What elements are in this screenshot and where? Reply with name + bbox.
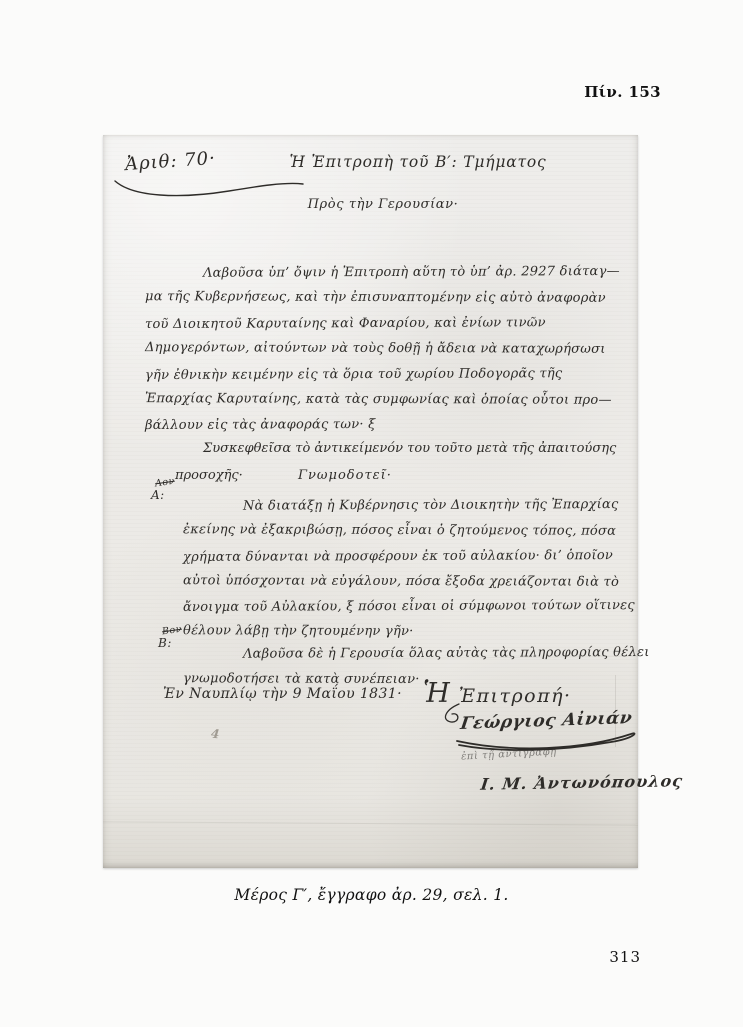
item-a-paragraph: Νὰ διατάξῃ ἡ Κυβέρνησις τὸν Διοικητὴν τῆ… bbox=[183, 493, 633, 645]
manuscript-line: Λαβοῦσα δὲ ἡ Γερουσία ὅλας αὐτὰς τὰς πλη… bbox=[183, 640, 633, 668]
item-b-label: Β: bbox=[158, 636, 172, 650]
figure-caption: Μέρος Γ′, ἔγγραφο ἀρ. 29, σελ. 1. bbox=[0, 886, 743, 904]
dateline: Ἐν Ναυπλίῳ τὴν 9 Μαΐου 1831· bbox=[163, 686, 402, 702]
signature-secretary: Ι. Μ. Ἀντωνόπουλος bbox=[480, 771, 685, 794]
item-a-label: Α: bbox=[151, 488, 165, 502]
committee-signoff-text: Ἐπιτροπή· bbox=[451, 685, 571, 707]
manuscript-line: ἐκείνης νὰ ἐξακριβώσῃ, πόσος εἶναι ὁ ζητ… bbox=[183, 518, 633, 545]
paper-crease bbox=[103, 821, 638, 825]
page-number: 313 bbox=[609, 948, 641, 966]
manuscript-line: Λαβοῦσα ὑπ’ ὄψιν ἡ Ἐπιτροπὴ αὕτη τὸ ὑπ’ … bbox=[145, 259, 623, 286]
manuscript-line: μα τῆς Κυβερνήσεως, καὶ τὴν ἐπισυναπτομέ… bbox=[145, 285, 623, 312]
verdict-label: Γνωμοδοτεῖ· bbox=[298, 468, 392, 483]
manuscript-line: ἄνοιγμα τοῦ Αὐλακίου, ξ πόσοι εἶναι οἱ σ… bbox=[183, 593, 633, 620]
manuscript-photo: Ἀριθ: 70· Ἡ Ἐπιτροπὴ τοῦ Β′: Τμήματος Πρ… bbox=[103, 135, 638, 868]
manuscript-line: γῆν ἐθνικὴν κειμένην εἰς τὰ ὅρια τοῦ χωρ… bbox=[145, 361, 623, 388]
opening-paragraph: Λαβοῦσα ὑπ’ ὄψιν ἡ Ἐπιτροπὴ αὕτη τὸ ὑπ’ … bbox=[145, 260, 623, 438]
deliberation-line: προσοχῆς· bbox=[175, 468, 243, 483]
manuscript-line: Δημογερόντων, αἰτούντων νὰ τοὺς δοθῇ ἡ ἄ… bbox=[145, 335, 623, 362]
pencil-annotation: 4 bbox=[210, 727, 220, 742]
manuscript-line: τοῦ Διοικητοῦ Καρυταίνης καὶ Φαναρίου, κ… bbox=[145, 310, 623, 337]
document-addressee: Πρὸς τὴν Γερουσίαν· bbox=[253, 197, 513, 212]
manuscript-line: αὐτοὶ ὑπόσχονται νὰ εὐγάλουν, πόσα ἔξοδα… bbox=[183, 568, 633, 595]
plate-label: Πίν. 153 bbox=[584, 83, 661, 101]
item-a-superscript: Αον bbox=[154, 476, 175, 490]
document-heading: Ἡ Ἐπιτροπὴ τοῦ Β′: Τμήματος bbox=[253, 153, 583, 171]
deliberation-line: Συσκεφθεῖσα τὸ ἀντικείμενόν του τοῦτο με… bbox=[203, 441, 616, 456]
item-b-superscript: Βον bbox=[161, 624, 182, 638]
manuscript-line: Νὰ διατάξῃ ἡ Κυβέρνησις τὸν Διοικητὴν τῆ… bbox=[183, 492, 633, 519]
item-b-marker: Βον Β: bbox=[158, 625, 182, 650]
manuscript-line: Ἐπαρχίας Καρυταίνης, κατὰ τὰς συμφωνίας … bbox=[145, 386, 623, 413]
manuscript-line: βάλλουν εἰς τὰς ἀναφοράς των· ξ bbox=[145, 411, 623, 438]
manuscript-line: χρήματα δύνανται νὰ προσφέρουν ἐκ τοῦ αὐ… bbox=[183, 543, 633, 570]
ref-number: Ἀριθ: 70· bbox=[124, 148, 216, 175]
item-a-marker: Αον Α: bbox=[151, 477, 175, 502]
